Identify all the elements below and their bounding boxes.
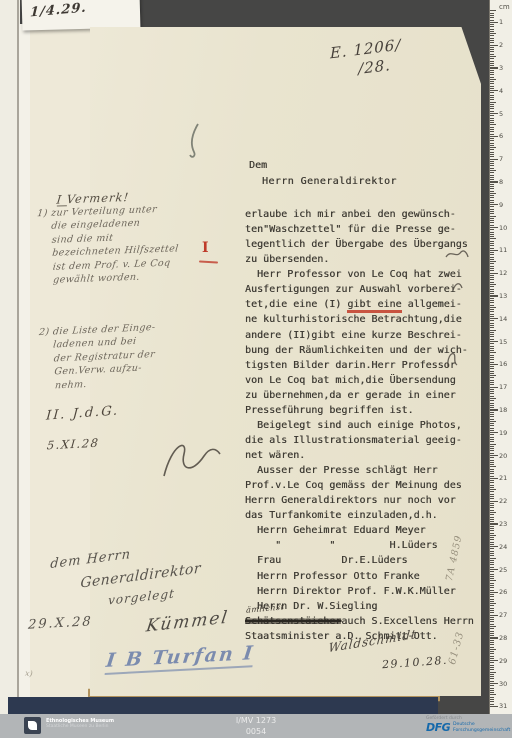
typed-line: erlaube ich mir anbei den gewünsch- <box>245 207 477 222</box>
ruler-tick <box>490 149 494 150</box>
ruler-tick <box>490 22 498 23</box>
ruler-tick <box>490 505 494 506</box>
ruler-tick <box>490 498 494 499</box>
typed-line: net wären. <box>245 448 477 463</box>
ruler-tick <box>490 651 494 652</box>
ruler-number: 21 <box>499 474 512 482</box>
ruler-tick <box>490 309 494 310</box>
ruler-tick <box>490 88 494 89</box>
ruler-number: 15 <box>499 338 512 346</box>
ruler-tick <box>490 35 494 36</box>
ruler-number: 26 <box>499 588 512 596</box>
ruler-tick <box>490 628 494 629</box>
ruler-tick <box>490 279 494 280</box>
ruler-tick <box>490 535 496 536</box>
ruler-tick <box>490 74 494 75</box>
paraph-signature <box>158 434 228 484</box>
ruler-tick <box>490 104 494 105</box>
ruler-tick <box>490 482 494 483</box>
ruler-number: 19 <box>499 429 512 437</box>
ruler-tick <box>490 134 494 135</box>
ruler-tick <box>490 400 494 401</box>
ruler-tick <box>490 161 494 162</box>
ruler-tick <box>490 111 494 112</box>
ruler-tick <box>490 428 494 429</box>
ruler-tick <box>490 626 496 627</box>
ruler-tick <box>490 528 494 529</box>
ruler-tick <box>490 350 494 351</box>
funding-label: Gefördert durch <box>426 716 462 721</box>
ruler-tick <box>490 478 498 479</box>
ruler-tick <box>490 631 494 632</box>
ruler-tick <box>490 63 494 64</box>
ruler-tick <box>490 471 494 472</box>
ruler-tick <box>490 282 494 283</box>
ruler-tick <box>490 706 498 707</box>
ruler-tick <box>490 599 494 600</box>
ruler-tick <box>490 124 496 125</box>
ruler-tick <box>490 391 494 392</box>
ruler-tick <box>490 95 494 96</box>
ink-correction-mark <box>444 350 460 370</box>
ruler-tick <box>490 637 498 638</box>
ruler-tick <box>490 635 494 636</box>
typed-line: von Le Coq bat mich,die Übersendung <box>245 373 477 388</box>
ruler-tick <box>490 601 494 602</box>
ruler-tick <box>490 77 494 78</box>
ruler-tick <box>490 644 494 645</box>
ruler-tick <box>490 159 498 160</box>
ruler-tick <box>490 660 498 661</box>
typed-line: andere (II)gibt eine kurze Beschrei- <box>245 328 477 343</box>
ruler-tick <box>490 83 494 84</box>
red-pencil-mark: I <box>202 240 209 256</box>
ruler-tick <box>490 489 496 490</box>
ruler-tick <box>490 487 494 488</box>
ruler-tick <box>490 567 494 568</box>
typed-line: Presseführung begriffen ist. <box>245 403 477 418</box>
ruler-tick <box>490 560 494 561</box>
ruler-tick <box>490 213 494 214</box>
ruler-tick <box>490 359 494 360</box>
dfg-logo: DFG <box>426 721 450 734</box>
ruler-tick <box>490 448 494 449</box>
ruler-tick <box>490 138 494 139</box>
ruler-tick <box>490 170 496 171</box>
ruler-tick <box>490 476 494 477</box>
ruler-tick <box>490 485 494 486</box>
typed-line: die als Illustrationsmaterial geeig- <box>245 433 477 448</box>
ruler-tick <box>490 106 494 107</box>
ruler-tick <box>490 268 494 269</box>
ruler-tick <box>490 99 494 100</box>
ruler-tick <box>490 580 496 581</box>
typed-line: Ausser der Presse schlägt Herr <box>245 463 477 478</box>
ruler-tick <box>490 357 494 358</box>
ruler-number: 6 <box>499 132 512 140</box>
initials-date: 5.XI.28 <box>46 436 100 453</box>
ruler-tick <box>490 653 494 654</box>
typed-line: bung der Räumlichkeiten und der wich- <box>245 343 477 358</box>
ruler-tick <box>490 193 496 194</box>
ruler-tick <box>490 537 494 538</box>
ruler-tick <box>490 690 494 691</box>
typed-line: tigsten Bilder darin.Herr Professor <box>245 358 477 373</box>
ruler-tick <box>490 348 494 349</box>
ruler-number: 7 <box>499 155 512 163</box>
ruler-tick <box>490 186 494 187</box>
ruler-tick <box>490 305 494 306</box>
ruler-tick <box>490 49 494 50</box>
ruler-tick <box>490 382 494 383</box>
ruler-tick <box>490 517 494 518</box>
ruler-tick <box>490 441 494 442</box>
typed-line: Herrn Professor Otto Franke <box>245 569 477 584</box>
ruler-tick <box>490 596 494 597</box>
ruler-tick <box>490 127 494 128</box>
corner-pencil-mark: x) <box>24 669 33 679</box>
ruler-tick <box>490 453 494 454</box>
ruler-number: 30 <box>499 680 512 688</box>
ruler-tick <box>490 339 494 340</box>
ruler-tick <box>490 56 496 57</box>
ruler-tick <box>490 316 494 317</box>
ruler-tick <box>490 501 498 502</box>
ruler-tick <box>490 562 494 563</box>
ruler-tick <box>490 617 494 618</box>
ruler-tick <box>490 389 494 390</box>
ruler-tick <box>490 229 494 230</box>
ruler-tick <box>490 332 494 333</box>
ruler-tick <box>490 250 498 251</box>
ruler-tick <box>490 539 494 540</box>
ruler-tick <box>490 450 494 451</box>
ruler-tick <box>490 81 494 82</box>
ruler-tick <box>490 236 494 237</box>
ruler-tick <box>490 669 494 670</box>
ruler-tick <box>490 67 498 68</box>
ruler-tick <box>490 373 494 374</box>
ruler-tick <box>490 225 494 226</box>
letter-body: erlaube ich mir anbei den gewünsch-ten"W… <box>245 207 477 644</box>
typed-line: Ausfertigungen zur Auswahl vorberei- <box>245 282 477 297</box>
ruler-tick <box>490 480 494 481</box>
typed-line: Herrn Generaldirektors nur noch vor <box>245 493 477 508</box>
ruler-tick <box>490 191 494 192</box>
ruler-tick <box>490 409 498 410</box>
ruler-tick <box>490 293 494 294</box>
ruler-tick <box>490 460 494 461</box>
ruler-tick <box>490 29 494 30</box>
ruler-tick <box>490 275 494 276</box>
ruler-number: 20 <box>499 452 512 460</box>
ruler-tick <box>490 291 494 292</box>
ruler-tick <box>490 86 494 87</box>
ruler-tick <box>490 387 498 388</box>
typed-line: Herrn Geheimrat Eduard Meyer <box>245 523 477 538</box>
ruler-number: 3 <box>499 64 512 72</box>
ruler-tick <box>490 122 494 123</box>
scanned-document-photo: 1/4.29. E. 1206/ /28. Dem Herrn Generald… <box>0 0 512 738</box>
ruler-tick <box>490 145 494 146</box>
ruler-tick <box>490 605 494 606</box>
ruler-tick <box>490 362 494 363</box>
ruler-tick <box>490 405 494 406</box>
ruler-tick <box>490 352 496 353</box>
ruler-tick <box>490 624 494 625</box>
ruler-tick <box>490 683 498 684</box>
ruler-tick <box>490 544 494 545</box>
ruler-tick <box>490 494 494 495</box>
ruler-number: 17 <box>499 383 512 391</box>
ruler-tick <box>490 175 494 176</box>
ruler-tick <box>490 31 494 32</box>
ruler-tick <box>490 140 494 141</box>
ruler-tick <box>490 553 494 554</box>
ruler-tick <box>490 273 498 274</box>
ruler-tick <box>490 172 494 173</box>
ruler-number: 28 <box>499 634 512 642</box>
ruler-tick <box>490 24 494 25</box>
ruler-tick <box>490 656 494 657</box>
ruler-unit-label: cm <box>499 3 510 11</box>
ruler-tick <box>490 393 494 394</box>
ruler-tick <box>490 466 496 467</box>
ruler-tick <box>490 519 494 520</box>
ruler-tick <box>490 555 494 556</box>
ruler-tick <box>490 325 494 326</box>
ruler-tick <box>490 533 494 534</box>
ruler-tick <box>490 576 494 577</box>
ruler-tick <box>490 13 494 14</box>
ruler-tick <box>490 341 498 342</box>
ruler-tick <box>490 314 494 315</box>
ruler-tick <box>490 154 494 155</box>
ruler-tick <box>490 608 494 609</box>
ruler-tick <box>490 220 494 221</box>
ruler-tick <box>490 403 494 404</box>
margin-vermerk-note: I Vermerk! 1) zur Verteilung unter die e… <box>36 187 224 288</box>
ruler-number: 13 <box>499 292 512 300</box>
ruler-tick <box>490 371 494 372</box>
ruler-tick <box>490 266 494 267</box>
ruler-tick <box>490 232 494 233</box>
ruler-tick <box>490 464 494 465</box>
ruler-tick <box>490 439 494 440</box>
ruler-tick <box>490 414 494 415</box>
ruler-number: 18 <box>499 406 512 414</box>
ruler-tick <box>490 621 494 622</box>
ruler-tick <box>490 355 494 356</box>
dfg-org-line2: Forschungsgemeinschaft <box>453 728 510 734</box>
ruler-tick <box>490 209 494 210</box>
ruler-tick <box>490 507 494 508</box>
pen-flourish-mark <box>184 122 206 162</box>
ruler-tick <box>490 444 496 445</box>
ruler-tick <box>490 70 494 71</box>
ruler-tick <box>490 184 494 185</box>
ruler-tick <box>490 165 494 166</box>
ruler-tick <box>490 437 494 438</box>
ruler-tick <box>490 384 494 385</box>
ruler-tick <box>490 156 494 157</box>
ruler-tick <box>490 571 494 572</box>
ruler-tick <box>490 259 494 260</box>
ruler-tick <box>490 574 494 575</box>
typed-line-red-underline: gibt eine <box>347 299 401 313</box>
ruler-tick <box>490 270 494 271</box>
ruler-tick <box>490 129 494 130</box>
ruler-tick <box>490 38 494 39</box>
ruler-tick <box>490 672 496 673</box>
ruler-tick <box>490 300 494 301</box>
ruler-tick <box>490 152 494 153</box>
ruler-number: 11 <box>499 246 512 254</box>
ruler-tick <box>490 640 494 641</box>
ruler-tick <box>490 72 494 73</box>
ruler-tick <box>490 131 494 132</box>
ruler-tick <box>490 54 494 55</box>
ruler-tick <box>490 245 494 246</box>
ruler-tick <box>490 79 496 80</box>
ruler-number: 22 <box>499 497 512 505</box>
address-line-generaldirektor: Herrn Generaldirektor <box>262 176 397 187</box>
ruler-tick <box>490 667 494 668</box>
typed-line: zu übernehmen,da er gerade in einer <box>245 388 477 403</box>
ruler-tick <box>490 642 494 643</box>
ruler-tick <box>490 647 494 648</box>
typed-line: zu übersenden. <box>245 252 477 267</box>
ruler-tick <box>490 320 494 321</box>
ruler-tick <box>490 587 494 588</box>
ruler-tick <box>490 633 494 634</box>
ruler-tick <box>490 20 494 21</box>
ruler-tick <box>490 590 494 591</box>
ruler-tick <box>490 136 498 137</box>
ruler-number: 24 <box>499 543 512 551</box>
ruler-tick <box>490 286 494 287</box>
ruler-number: 1 <box>499 18 512 26</box>
ruler-tick <box>490 665 494 666</box>
ruler-tick <box>490 311 494 312</box>
ruler-tick <box>490 51 494 52</box>
ruler-tick <box>490 206 494 207</box>
ruler-tick <box>490 603 496 604</box>
typed-line: ten"Waschzettel" für die Presse ge- <box>245 222 477 237</box>
ruler-tick <box>490 412 494 413</box>
ruler-tick <box>490 564 494 565</box>
ruler-number: 5 <box>499 110 512 118</box>
ruler-tick <box>490 261 496 262</box>
ruler-number: 10 <box>499 224 512 232</box>
ruler-tick <box>490 197 494 198</box>
ruler-tick <box>490 143 494 144</box>
ruler-tick <box>490 692 494 693</box>
ruler-tick <box>490 200 494 201</box>
ruler-tick <box>490 473 494 474</box>
ruler-tick <box>490 681 494 682</box>
ruler-tick <box>490 97 494 98</box>
ruler-tick <box>490 61 494 62</box>
ruler-tick <box>490 521 494 522</box>
ruler-tick <box>490 446 494 447</box>
ruler-tick <box>490 512 496 513</box>
ruler-tick <box>490 252 494 253</box>
ruler-number: 14 <box>499 315 512 323</box>
ruler-tick <box>490 254 494 255</box>
typed-line: " " H.Lüders <box>245 538 477 553</box>
ruler-tick <box>490 102 496 103</box>
ruler-tick <box>490 701 494 702</box>
ruler-tick <box>490 17 494 18</box>
ruler-tick <box>490 318 498 319</box>
ruler-number: 29 <box>499 657 512 665</box>
ruler-tick <box>490 295 498 296</box>
ruler-tick <box>490 277 494 278</box>
ruler-tick <box>490 694 496 695</box>
ruler-tick <box>490 592 498 593</box>
ruler-tick <box>490 263 494 264</box>
ruler-tick <box>490 42 494 43</box>
ruler-tick <box>490 699 494 700</box>
ruler-tick <box>490 542 494 543</box>
typed-line-struck: Schätsenstäieher <box>245 616 341 627</box>
ruler-number: 16 <box>499 360 512 368</box>
ruler-tick <box>490 569 498 570</box>
ruler-tick <box>490 421 496 422</box>
ruler-number: 2 <box>499 41 512 49</box>
ruler-tick <box>490 257 494 258</box>
ruler-tick <box>490 510 494 511</box>
ruler-tick <box>490 346 494 347</box>
ruler-number: 31 <box>499 702 512 710</box>
ruler-tick <box>490 615 498 616</box>
ruler-tick <box>490 704 494 705</box>
address-line-dem: Dem <box>249 160 267 171</box>
ruler-tick <box>490 40 494 41</box>
ruler-tick <box>490 289 494 290</box>
ruler-tick <box>490 610 494 611</box>
ruler-tick <box>490 90 498 91</box>
ruler-tick <box>490 526 494 527</box>
ruler-tick <box>490 496 494 497</box>
typed-line: tet,die eine (I) gibt eine allgemei- <box>245 297 477 312</box>
typed-line: legentlich der Übergabe des Übergangs <box>245 237 477 252</box>
ruler-number: 23 <box>499 520 512 528</box>
ruler-tick <box>490 419 494 420</box>
ruler-tick <box>490 377 494 378</box>
ruler-tick <box>490 108 494 109</box>
ruler-tick <box>490 163 494 164</box>
ruler-tick <box>490 218 494 219</box>
ruler-tick <box>490 238 496 239</box>
ruler-tick <box>490 179 494 180</box>
ruler-tick <box>490 434 494 435</box>
ruler-tick <box>490 416 494 417</box>
dfg-org-name: Deutsche Forschungsgemeinschaft <box>453 722 510 733</box>
ruler-tick <box>490 548 494 549</box>
ruler-tick <box>490 546 498 547</box>
ruler-tick <box>490 188 494 189</box>
ruler-tick <box>490 594 494 595</box>
ruler-tick <box>490 343 494 344</box>
ruler-tick <box>490 514 494 515</box>
ruler-tick <box>490 227 498 228</box>
ruler-tick <box>490 33 496 34</box>
ruler-tick <box>490 47 494 48</box>
ruler-tick <box>490 676 494 677</box>
ruler-tick <box>490 334 494 335</box>
